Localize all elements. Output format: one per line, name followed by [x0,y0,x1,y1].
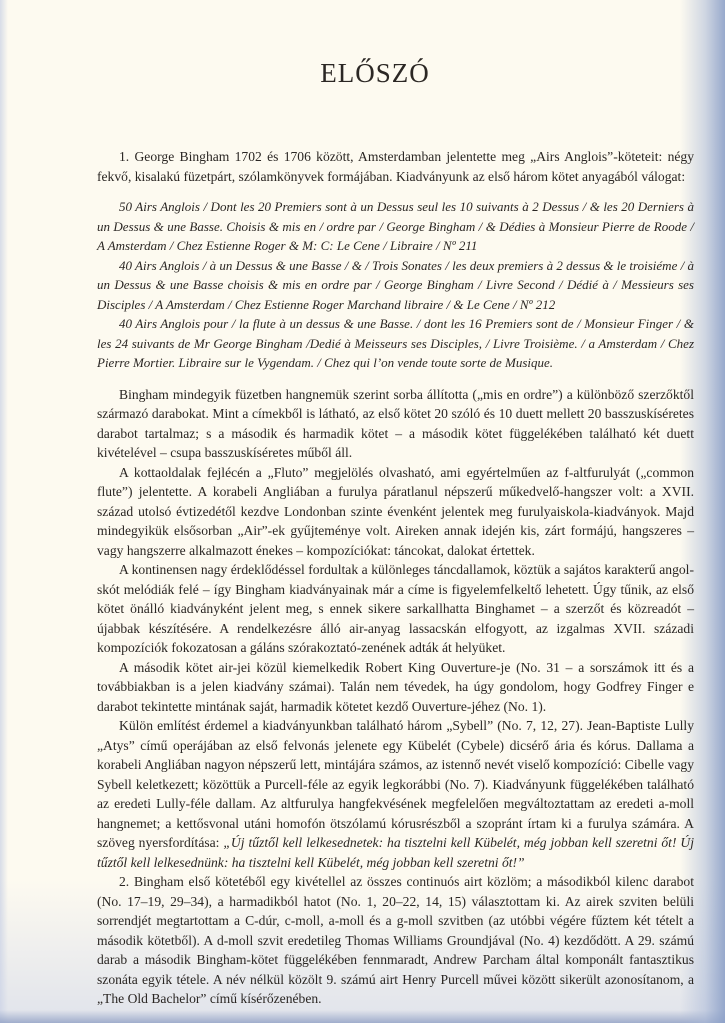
body-paragraph: A kottaoldalak fejlécén a „Fluto” megjel… [97,463,694,561]
section-2-paragraph: 2. Bingham első kötetéből egy kivétellel… [97,872,694,1009]
preface-body: 1. George Bingham 1702 és 1706 között, A… [97,147,694,1009]
sybell-paragraph: Külön említést érdemel a kiadványunkban … [97,716,694,872]
title-page-citation-3: 40 Airs Anglois pour / la flute à un des… [97,314,694,373]
title-page-citation-2: 40 Airs Anglois / à un Dessus & une Bass… [97,256,694,315]
body-paragraph: Bingham mindegyik füzetben hangnemük sze… [97,385,694,463]
title-page-citation-1: 50 Airs Anglois / Dont les 20 Premiers s… [97,197,694,256]
page-title: ELŐSZÓ [0,58,725,89]
intro-paragraph: 1. George Bingham 1702 és 1706 között, A… [97,147,694,186]
body-paragraph: A második kötet air-jei közül kiemelkedi… [97,658,694,717]
scanned-page: ELŐSZÓ 1. George Bingham 1702 és 1706 kö… [0,0,725,1023]
body-paragraph: A kontinensen nagy érdeklődéssel fordult… [97,560,694,658]
sybell-text: Külön említést érdemel a kiadványunkban … [97,718,694,850]
